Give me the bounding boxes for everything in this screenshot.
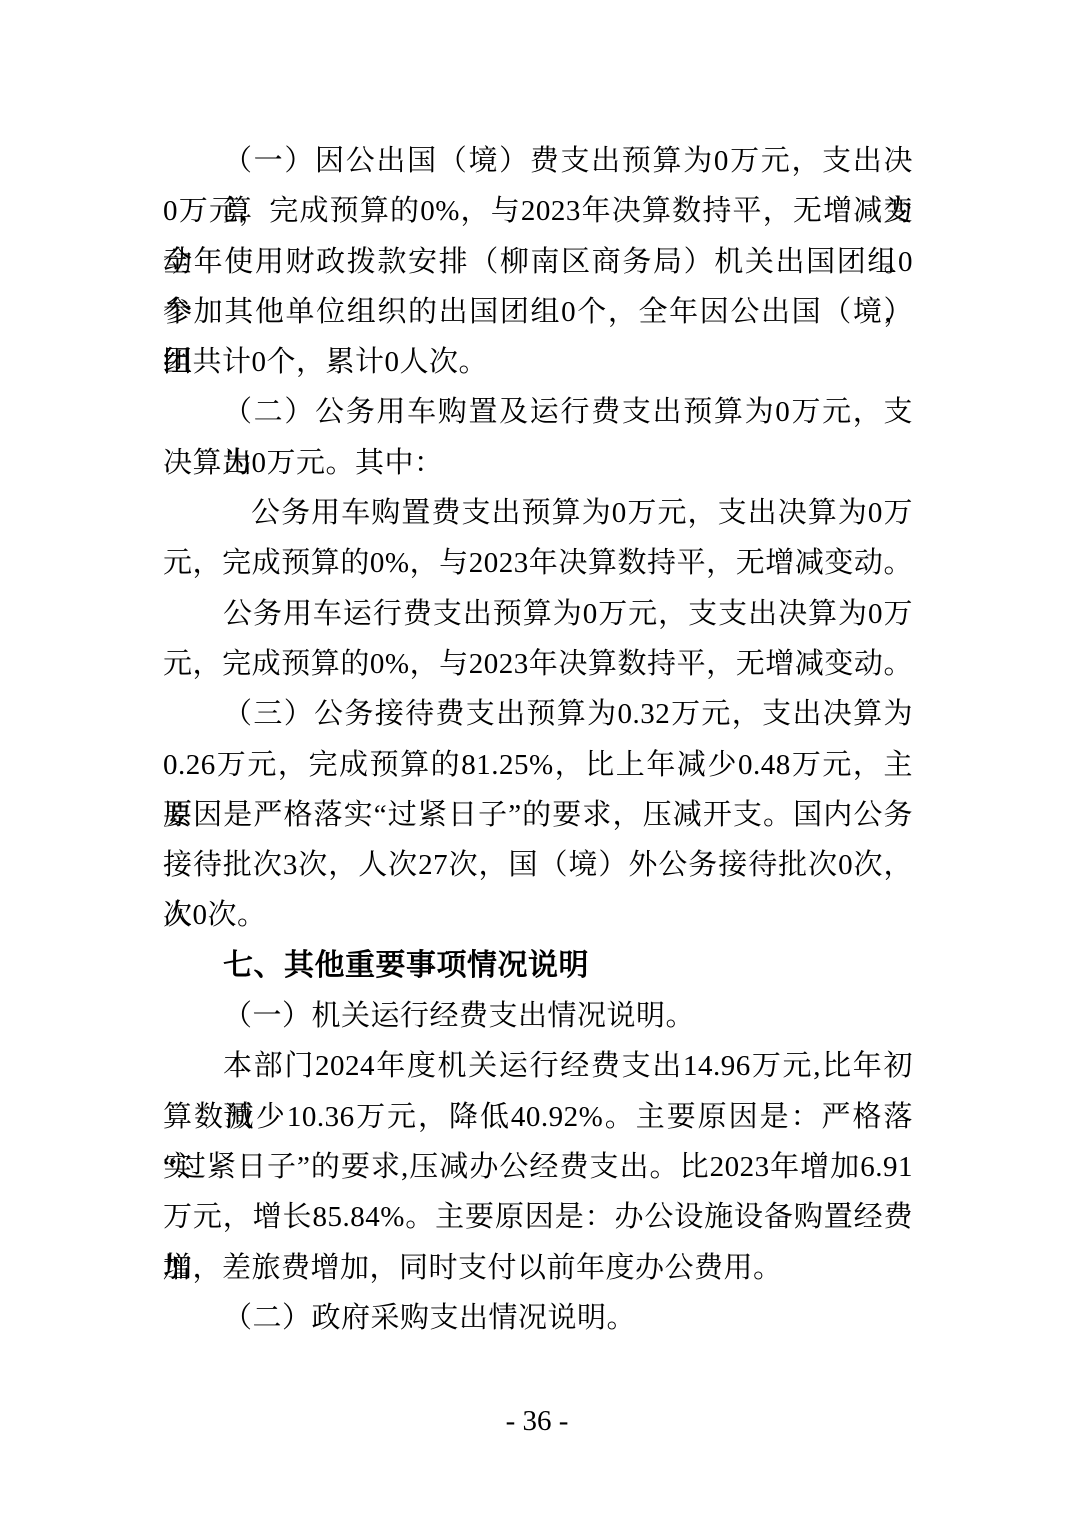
text-line: 算数减少10.36万元，降低40.92%。主要原因是：严格落实 bbox=[163, 1092, 913, 1142]
section-heading: 七、其他重要事项情况说明 bbox=[163, 941, 913, 991]
document-text-block: （一）因公出国（境）费支出预算为0万元，支出决算为 0万元，完成预算的0%，与2… bbox=[163, 136, 913, 1343]
text-line: 加，差旅费增加，同时支付以前年度办公费用。 bbox=[163, 1243, 913, 1293]
para-vehicle-purchase: 公务用车购置费支出预算为0万元，支出决算为0万 元，完成预算的0%，与2023年… bbox=[163, 488, 913, 589]
text-line: “过紧日子”的要求,压减办公经费支出。比2023年增加6.91 bbox=[163, 1142, 913, 1192]
text-line: （一）因公出国（境）费支出预算为0万元，支出决算为 bbox=[163, 136, 913, 186]
text-line: 0.26万元，完成预算的81.25%，比上年减少0.48万元，主要 bbox=[163, 740, 913, 790]
document-page: （一）因公出国（境）费支出预算为0万元，支出决算为 0万元，完成预算的0%，与2… bbox=[0, 0, 1074, 1520]
text-line: 组共计0个，累计0人次。 bbox=[163, 337, 913, 387]
section-other-important-matters: 七、其他重要事项情况说明 bbox=[163, 941, 913, 991]
text-line: （三）公务接待费支出预算为0.32万元，支出决算为 bbox=[163, 689, 913, 739]
text-line: 决算为0万元。其中： bbox=[163, 438, 913, 488]
para-overseas-visits: （一）因公出国（境）费支出预算为0万元，支出决算为 0万元，完成预算的0%，与2… bbox=[163, 136, 913, 387]
text-line: （二）公务用车购置及运行费支出预算为0万元，支出 bbox=[163, 387, 913, 437]
text-line: 万元，增长85.84%。主要原因是：办公设施设备购置经费增 bbox=[163, 1192, 913, 1242]
section-government-procurement: （二）政府采购支出情况说明。 bbox=[163, 1293, 913, 1343]
para-official-reception: （三）公务接待费支出预算为0.32万元，支出决算为 0.26万元，完成预算的81… bbox=[163, 689, 913, 940]
text-line: 次0次。 bbox=[163, 890, 913, 940]
text-line: 接待批次3次，人次27次，国（境）外公务接待批次0次，人 bbox=[163, 840, 913, 890]
text-line: 全年使用财政拨款安排（柳南区商务局）机关出国团组0个， bbox=[163, 237, 913, 287]
text-line: 原因是严格落实“过紧日子”的要求，压减开支。国内公务 bbox=[163, 790, 913, 840]
para-official-vehicles: （二）公务用车购置及运行费支出预算为0万元，支出 决算为0万元。其中： bbox=[163, 387, 913, 488]
text-line: 元，完成预算的0%，与2023年决算数持平，无增减变动。 bbox=[163, 538, 913, 588]
text-line: 公务用车购置费支出预算为0万元，支出决算为0万 bbox=[163, 488, 913, 538]
para-vehicle-operation: 公务用车运行费支出预算为0万元，支支出决算为0万 元，完成预算的0%，与2023… bbox=[163, 589, 913, 690]
text-line: 参加其他单位组织的出国团组0个，全年因公出国（境）团 bbox=[163, 287, 913, 337]
subsection-title: （二）政府采购支出情况说明。 bbox=[163, 1293, 913, 1343]
section-operating-expenses: （一）机关运行经费支出情况说明。 bbox=[163, 991, 913, 1041]
subsection-title: （一）机关运行经费支出情况说明。 bbox=[163, 991, 913, 1041]
text-line: 0万元，完成预算的0%，与2023年决算数持平，无增减变动。 bbox=[163, 186, 913, 236]
text-line: 公务用车运行费支出预算为0万元，支支出决算为0万 bbox=[163, 589, 913, 639]
text-line: 元，完成预算的0%，与2023年决算数持平，无增减变动。 bbox=[163, 639, 913, 689]
text-line: 本部门2024年度机关运行经费支出14.96万元,比年初预 bbox=[163, 1041, 913, 1091]
page-number: - 36 - bbox=[0, 1405, 1074, 1438]
para-operating-expenses: 本部门2024年度机关运行经费支出14.96万元,比年初预 算数减少10.36万… bbox=[163, 1041, 913, 1292]
